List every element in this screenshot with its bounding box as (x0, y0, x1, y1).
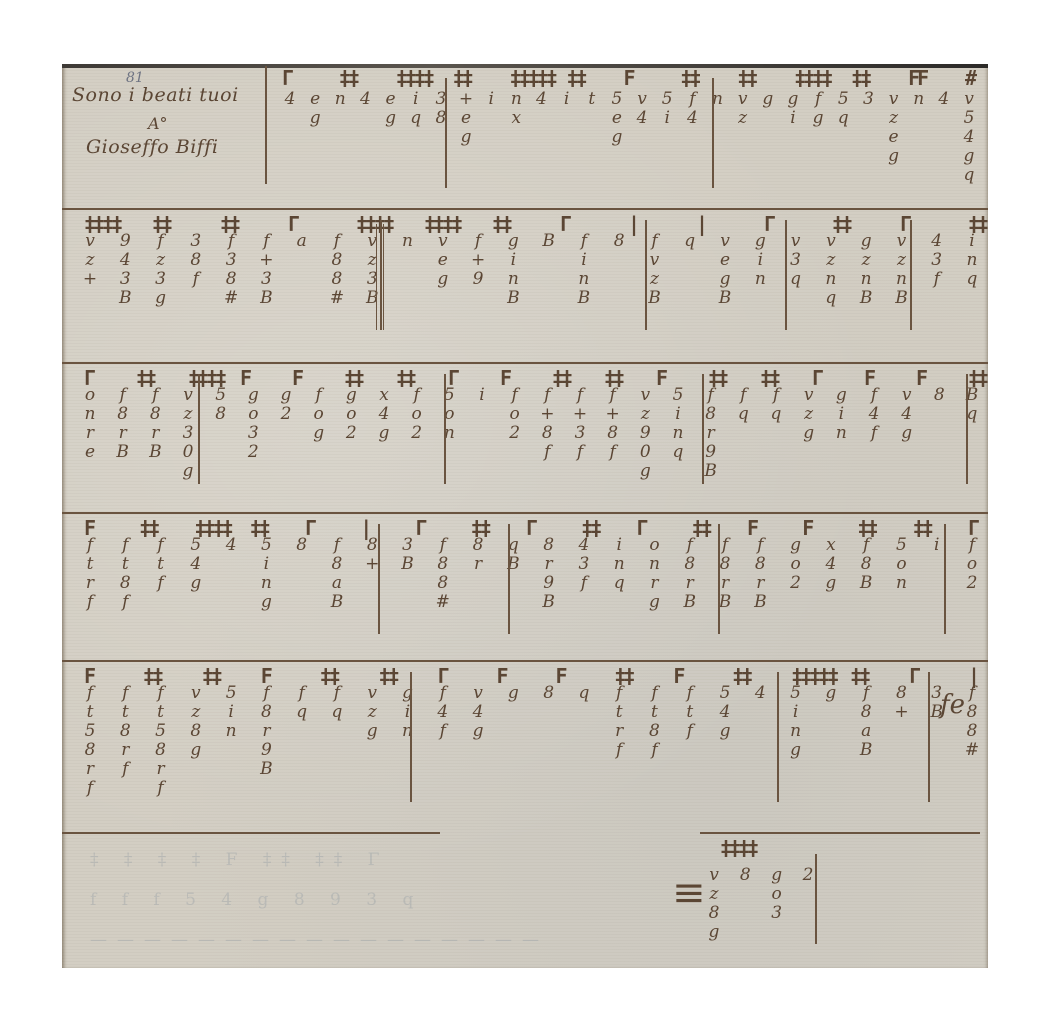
double-barline (376, 224, 384, 330)
tablature-column: f o 2 (960, 536, 984, 593)
tablature-column: f z 3 g (149, 232, 173, 308)
tablature-column: g (501, 684, 525, 703)
tablature-column: 5 q (831, 90, 855, 128)
tablature-column: g o 3 (765, 866, 789, 923)
tablature-column: 4 (932, 90, 956, 109)
tablature-column: n x (504, 90, 528, 128)
tablature-column: 4 (529, 90, 553, 109)
tablature-column: g (819, 684, 843, 703)
tablature-column: n (907, 90, 931, 109)
tablature-column: 5 i n (219, 684, 243, 741)
rhythm-flag: ‡‡ (453, 66, 471, 90)
tablature-column: 4 3 f (572, 536, 596, 593)
tablature-column: f + 9 (466, 232, 490, 289)
system-rule-line (700, 832, 980, 834)
tablature-column: 8 (537, 684, 561, 703)
barline (702, 374, 704, 484)
tablature-column: 8 r 9 B (537, 536, 561, 612)
tablature-column: x 4 g (819, 536, 843, 593)
rhythm-flag: ‡‡‡‡ (396, 66, 432, 90)
tablature-column: 4 (748, 684, 772, 703)
tablature-column: f 8 a B (325, 536, 349, 612)
tablature-column: v 5 4 g q (957, 90, 981, 185)
tablature-column: v e g (431, 232, 455, 289)
tablature-column: f 8 r B (143, 386, 167, 462)
tablature-column: v e g B (713, 232, 737, 308)
tablature-column: n (396, 232, 420, 251)
barline (928, 672, 930, 802)
rhythm-flag: Γ (560, 212, 569, 236)
tablature-column: g i n (396, 684, 420, 741)
tablature-column: f + 3 f (568, 386, 592, 462)
tablature-column: 5 i (655, 90, 679, 128)
tablature-column: 4 (278, 90, 302, 109)
tablature-column: g i n (829, 386, 853, 443)
title-block: 81 Sono i beati tuoi A° Gioseffo Biffi (70, 70, 266, 180)
tablature-column: 5 i n q (666, 386, 690, 462)
rhythm-flag: FF (908, 66, 926, 90)
barline (445, 78, 447, 188)
attribution-prefix: A° (148, 114, 168, 133)
tablature-column: f 4 f (431, 684, 455, 741)
title-barline (265, 66, 267, 184)
bleed-through-text: ‡ ‡ ‡ ‡ F ‡‡ ‡‡ Γ (90, 850, 389, 870)
rhythm-flag: ‡‡ (851, 66, 869, 90)
tuning-sign: ≡ (672, 870, 706, 916)
barline (815, 854, 817, 944)
barline (508, 524, 510, 634)
tablature-column: f t 8 f (642, 684, 666, 760)
tablature-column: v 4 (630, 90, 654, 128)
tablature-column: e g (303, 90, 327, 128)
tablature-column: 8 (733, 866, 757, 885)
tablature-column: f t r f (78, 536, 102, 612)
tablature-column: 8 r (466, 536, 490, 574)
tablature-column: f 8 B (854, 536, 878, 593)
tablature-column: 5 8 (209, 386, 233, 424)
tablature-column: B (537, 232, 561, 251)
tablature-column: 5 4 g (184, 536, 208, 593)
tablature-column: v z 9 0 g (633, 386, 657, 481)
tablature-column: f q (290, 684, 314, 722)
tablature-column: f q (731, 386, 755, 424)
rhythm-flag: F (624, 66, 633, 90)
tablature-column: 3 8 (429, 90, 453, 128)
tablature-column: 5 o n (889, 536, 913, 593)
system-rule-line (62, 832, 440, 834)
tablature-column: v 3 q (784, 232, 808, 289)
tablature-column: g o 3 2 (241, 386, 265, 462)
tablature-column: a (290, 232, 314, 251)
tablature-column: v 4 g (466, 684, 490, 741)
tablature-column: f o 2 (405, 386, 429, 443)
tablature-column: g i n B (501, 232, 525, 308)
tablature-column: q (572, 684, 596, 703)
tablature-column: v z g (797, 386, 821, 443)
tablature-column: f q (325, 684, 349, 722)
system-rule-line (62, 512, 988, 514)
system-rule-line (62, 660, 988, 662)
barline (444, 374, 446, 484)
tablature-column: f o 2 (503, 386, 527, 443)
tablature-column: f 4 (680, 90, 704, 128)
barline (645, 220, 647, 330)
tablature-column: q (678, 232, 702, 251)
tablature-column: 8 + (360, 536, 384, 574)
tablature-column: f 8 r B (748, 536, 772, 612)
tablature-column: f 8 a B (854, 684, 878, 760)
rhythm-flag: Γ (526, 516, 535, 540)
tablature-column: e g (379, 90, 403, 128)
tablature-column: v z 3 0 g (176, 386, 200, 481)
barline (910, 220, 912, 330)
tablature-column: 4 3 f (925, 232, 949, 289)
rhythm-flag: ‡‡ (680, 66, 698, 90)
bleed-through-text: ————————————————— (90, 930, 549, 950)
tablature-column: i (470, 386, 494, 405)
tablature-column: 8 (927, 386, 951, 405)
tablature-column: f 8 8 # (431, 536, 455, 612)
tablature-column: f 8 8 # (325, 232, 349, 308)
system-rule-line (62, 362, 988, 364)
tablature-column: i n q (607, 536, 631, 593)
barline (718, 524, 720, 634)
barline (966, 374, 968, 484)
tablature-column: f t 8 f (113, 536, 137, 612)
barline (378, 524, 380, 634)
tablature-column: v z 8 g (184, 684, 208, 760)
barline (198, 374, 200, 484)
tablature-column: f o g (307, 386, 331, 443)
tablature-column: o n r e (78, 386, 102, 462)
tablature-column: 4 (353, 90, 377, 109)
tablature-column: t (580, 90, 604, 109)
tablature-column: f 3 8 # (219, 232, 243, 308)
tablature-column: f 8 r B (678, 536, 702, 612)
tablature-column: 8 + (889, 684, 913, 722)
tablature-column: 5 o n (437, 386, 461, 443)
tablature-column: f 8 r B (713, 536, 737, 612)
tablature-column: i n q (960, 232, 984, 289)
rhythm-flag: ‡‡‡‡‡ (510, 66, 555, 90)
tablature-column: g i (781, 90, 805, 128)
tablature-column: f t f (149, 536, 173, 593)
tablature-column: v 4 g (895, 386, 919, 443)
tablature-column: g z n B (854, 232, 878, 308)
tablature-column: 8 (607, 232, 631, 251)
barline (410, 672, 412, 802)
tablature-column: 5 4 g (713, 684, 737, 741)
rhythm-flag: ‡‡ (339, 66, 357, 90)
tablature-column: f t f (678, 684, 702, 741)
tablature-column: q B (501, 536, 525, 574)
tablature-column: i (555, 90, 579, 109)
tablature-column: f t 5 8 r f (149, 684, 173, 798)
tablature-column: n (706, 90, 730, 109)
tablature-column: f + 8 f (535, 386, 559, 462)
tablature-column: v z n q (819, 232, 843, 308)
tablature-column: g i n (748, 232, 772, 289)
tablature-column: v z + (78, 232, 102, 289)
rhythm-flag: ‡‡‡‡ (794, 66, 830, 90)
tablature-column: v z e g (882, 90, 906, 166)
tablature-column: 5 i n g (254, 536, 278, 612)
tablature-column: 8 (290, 536, 314, 555)
rhythm-flag: Γ (282, 66, 291, 90)
tablature-column: g o 2 (339, 386, 363, 443)
tablature-column: f g (806, 90, 830, 128)
tablature-column: f t 8 r f (113, 684, 137, 779)
tablature-column: 5 e g (605, 90, 629, 147)
tablature-column: f + 3 B (254, 232, 278, 308)
system-rule-line (62, 208, 988, 210)
tablature-column: f 4 f (862, 386, 886, 443)
tablature-column: i (479, 90, 503, 109)
tablature-column: 4 (219, 536, 243, 555)
piece-title: Sono i beati tuoi (72, 84, 239, 106)
tablature-column: g 2 (274, 386, 298, 424)
tablature-column: v z g (360, 684, 384, 741)
barline (785, 220, 787, 330)
composer-name: Gioseffo Biffi (86, 136, 218, 158)
barline (712, 78, 714, 188)
tablature-column: 3 (856, 90, 880, 109)
tablature-column: f i n B (572, 232, 596, 308)
tablature-column: v z (731, 90, 755, 128)
tablature-column: f t 5 8 r f (78, 684, 102, 798)
tablature-column: f q (764, 386, 788, 424)
tablature-column: f + 8 f (601, 386, 625, 462)
tablature-column: x 4 g (372, 386, 396, 443)
rhythm-flag: # (965, 66, 974, 90)
rhythm-flag: ‡‡ (567, 66, 585, 90)
rhythm-flag: ‡‡ (737, 66, 755, 90)
tablature-column: 5 i n g (784, 684, 808, 760)
tablature-column: 3 8 f (184, 232, 208, 289)
tablature-column: B q (960, 386, 984, 424)
rhythm-flag: ‡‡‡‡ (720, 836, 756, 860)
tablature-column: 9 4 3 B (113, 232, 137, 308)
bleed-through-text: f f f 5 4 g 8 9 3 q (90, 890, 423, 910)
tablature-column: f t r f (607, 684, 631, 760)
tablature-column: n (328, 90, 352, 109)
barline (944, 524, 946, 634)
tablature-column: g o 2 (784, 536, 808, 593)
fine-mark: fe (940, 690, 965, 720)
barline (777, 672, 779, 802)
tablature-column: g (756, 90, 780, 109)
tablature-column: + e g (454, 90, 478, 147)
tablature-column: o n r g (642, 536, 666, 612)
tablature-column: i q (404, 90, 428, 128)
tablature-column: 3 B (396, 536, 420, 574)
tablature-column: f 8 r 9 B (254, 684, 278, 779)
tablature-column: f 8 r B (111, 386, 135, 462)
rhythm-flag: F (656, 366, 665, 390)
tablature-column: v z 8 g (702, 866, 726, 942)
